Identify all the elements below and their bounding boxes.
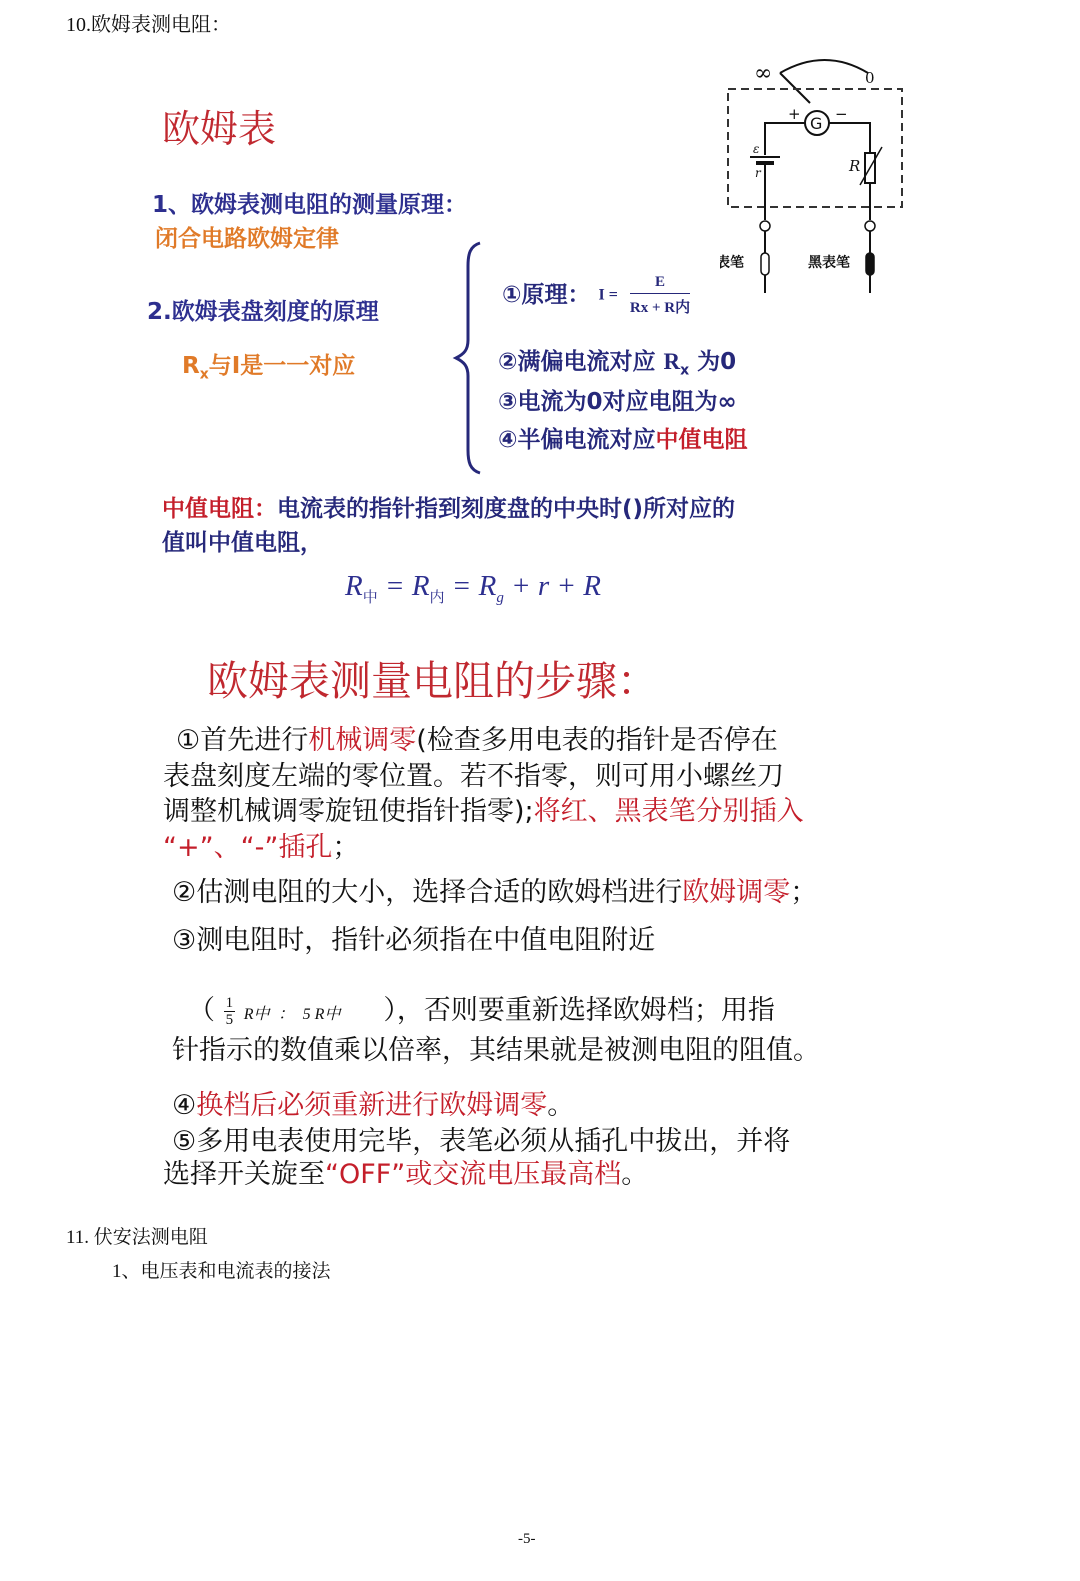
item-4-highlight: 中值电阻 xyxy=(655,427,747,453)
r-mid-1: R中 xyxy=(244,1006,270,1023)
mid-resistance-label: 中值电阻： xyxy=(162,496,277,522)
step-1-highlight: 机械调零 xyxy=(308,725,416,756)
step-5-highlight: “OFF”或交流电压最高档 xyxy=(325,1159,621,1190)
step-1-text: ①首先进行 xyxy=(176,725,308,756)
item-1-label: ①原理： xyxy=(502,282,590,308)
rx-subscript: x xyxy=(680,363,689,379)
point1-title: 1、欧姆表测电阻的测量原理： xyxy=(152,186,467,219)
item-2-suffix: 为0 xyxy=(689,349,736,375)
step-2-end: ； xyxy=(790,877,817,908)
formula-r-g: R xyxy=(479,570,497,602)
curly-brace-icon xyxy=(452,240,492,476)
range-sep: ： xyxy=(278,1006,294,1023)
rx-subscript: x xyxy=(200,367,209,383)
infinity-mark: ∞ xyxy=(754,61,772,86)
point2-subtitle: Rx与I是一一对应 xyxy=(182,347,355,383)
point1-subtitle: 闭合电路欧姆定律 xyxy=(155,220,339,253)
step-1-highlight-2: 将红、黑表笔分别插入 xyxy=(534,796,804,827)
svg-text:r: r xyxy=(755,166,762,180)
slide-title-ohmmeter: 欧姆表 xyxy=(162,98,276,153)
step-1-text-3: 调整机械调零旋钮使指针指零); xyxy=(163,796,534,827)
step-2-text: ②估测电阻的大小，选择合适的欧姆档进行 xyxy=(172,877,682,908)
formula-sub-mid: 中 xyxy=(363,590,378,606)
rx-symbol: R xyxy=(663,349,680,374)
red-probe-label: 红表笔 xyxy=(720,254,744,271)
step-1-line-4: “+”、“-”插孔； xyxy=(163,825,359,864)
step-4-num: ④ xyxy=(172,1090,196,1121)
point2-title: 2.欧姆表盘刻度的原理 xyxy=(147,293,379,326)
step-1-end: ； xyxy=(332,832,359,863)
mid-resistance-text-2: 值叫中值电阻， xyxy=(162,524,323,557)
fraction-denominator: Rx + R内 xyxy=(630,294,690,317)
step-1-line-3: 调整机械调零旋钮使指针指零);将红、黑表笔分别插入 xyxy=(163,789,804,828)
fraction-den: 5 xyxy=(226,1012,234,1028)
step-3-line-2: （ 15 R中 ： 5 R中 ），否则要重新选择欧姆档；用指 xyxy=(188,988,775,1028)
scale-arc xyxy=(780,60,868,73)
item-4: ④半偏电流对应中值电阻 xyxy=(498,421,747,454)
ohm-fraction: E Rx + R内 xyxy=(630,274,690,317)
mid-resistance-text: 电流表的指针指到刻度盘的中央时()所对应的 xyxy=(277,496,735,522)
svg-text:ε: ε xyxy=(753,142,759,156)
current-symbol: I = xyxy=(599,287,618,304)
step-4: ④换档后必须重新进行欧姆调零。 xyxy=(172,1083,574,1122)
step-1-line-1: ①首先进行机械调零(检查多用电表的指针是否停在 xyxy=(176,718,778,757)
section-10-heading: 10.欧姆表测电阻： xyxy=(66,8,231,37)
item-1-principle: ①原理： I = E Rx + R内 xyxy=(502,274,690,317)
step-3-line-3: 针指示的数值乘以倍率，其结果就是被测电阻的阻值。 xyxy=(172,1028,820,1067)
formula-r-mid: R xyxy=(345,570,363,602)
step-4-end: 。 xyxy=(547,1090,574,1121)
section-11-subheading: 1、电压表和电流表的接法 xyxy=(112,1256,331,1283)
paren-open: （ xyxy=(188,995,215,1026)
step-3-line-1: ③测电阻时，指针必须指在中值电阻附近 xyxy=(172,918,655,957)
step-5-line-2: 选择开关旋至“OFF”或交流电压最高档。 xyxy=(163,1152,648,1191)
r-mid-2: 5 R中 xyxy=(303,1006,341,1023)
formula-r-internal: R xyxy=(412,570,430,602)
step-1-highlight-3: “+”、“-”插孔 xyxy=(163,832,332,863)
mid-resistance-formula: R中 = R内 = Rg + r + R xyxy=(345,570,601,607)
item-4-text: ④半偏电流对应 xyxy=(498,427,655,453)
point2-subtitle-text: 与I是一一对应 xyxy=(209,353,356,379)
ohmmeter-circuit-diagram: ∞ 0 G + − ε r R 红表笔 黑表笔 xyxy=(720,55,920,300)
svg-text:−: − xyxy=(835,105,848,123)
black-probe-label: 黑表笔 xyxy=(808,254,850,271)
step-2-highlight: 欧姆调零 xyxy=(682,877,790,908)
page-number: -5- xyxy=(518,1531,536,1548)
mid-resistance-definition: 中值电阻：电流表的指针指到刻度盘的中央时()所对应的 xyxy=(162,490,735,523)
svg-text:G: G xyxy=(810,114,822,133)
rx-symbol: R xyxy=(182,353,200,379)
step-1-line-2: 表盘刻度左端的零位置。若不指零，则可用小螺丝刀 xyxy=(163,754,784,793)
step-4-highlight: 换档后必须重新进行欧姆调零 xyxy=(196,1090,547,1121)
formula-sub-internal: 内 xyxy=(430,590,445,606)
item-2-text: ②满偏电流对应 xyxy=(498,349,663,375)
step-5-end: 。 xyxy=(621,1159,648,1190)
formula-sub-g: g xyxy=(496,590,504,606)
step-1-text-cont: (检查多用电表的指针是否停在 xyxy=(416,725,778,756)
red-probe-icon xyxy=(761,253,769,275)
svg-text:+: + xyxy=(788,105,801,123)
section-11-heading: 11. 伏安法测电阻 xyxy=(66,1222,208,1249)
svg-text:R: R xyxy=(848,157,860,175)
item-3: ③电流为0对应电阻为∞ xyxy=(498,383,737,416)
black-probe-icon xyxy=(866,253,874,275)
terminal-black xyxy=(865,221,875,231)
fraction-num: 1 xyxy=(224,995,236,1012)
formula-rest: + r + R xyxy=(511,570,601,602)
step-5-text: 选择开关旋至 xyxy=(163,1159,325,1190)
one-fifth-fraction: 15 xyxy=(224,995,236,1028)
terminal-red xyxy=(760,221,770,231)
fraction-numerator: E xyxy=(630,274,690,294)
step-3-text-2: ），否则要重新选择欧姆档；用指 xyxy=(383,995,775,1026)
step-2: ②估测电阻的大小，选择合适的欧姆档进行欧姆调零； xyxy=(172,870,817,909)
item-2: ②满偏电流对应 Rx 为0 xyxy=(498,343,736,379)
steps-title: 欧姆表测量电阻的步骤： xyxy=(207,648,658,707)
